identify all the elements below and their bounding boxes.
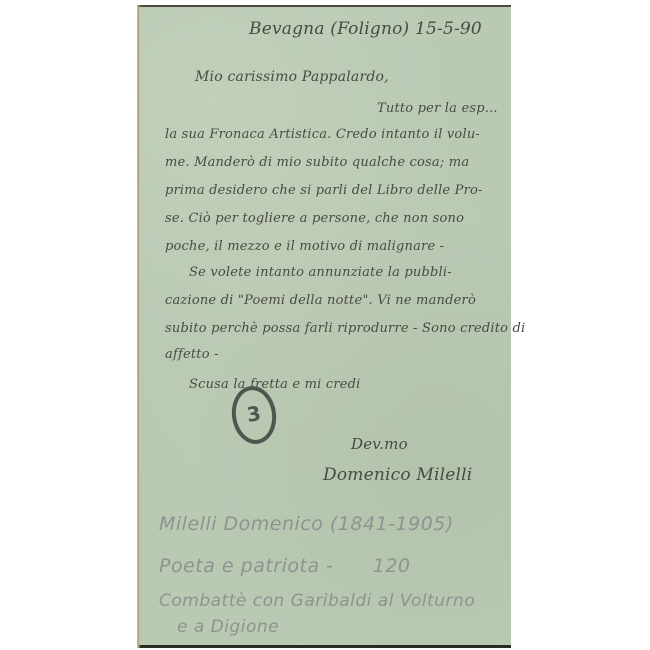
body-line-2: la sua Fronaca Artistica. Credo intanto … bbox=[165, 127, 480, 142]
body-line-2-text: la sua Fronaca Artistica. Credo intanto … bbox=[165, 127, 480, 142]
pencil-note-1: Milelli Domenico (1841-1905) bbox=[159, 513, 454, 535]
pencil-note-3: Combattè con Garibaldi al Volturno bbox=[159, 591, 475, 611]
body-line-6: poche, il mezzo e il motivo di malignare… bbox=[165, 239, 444, 254]
stamp-number: 3 bbox=[234, 400, 273, 429]
pencil-note-2: Poeta e patriota - 120 bbox=[159, 555, 411, 577]
valediction: Dev.mo bbox=[351, 435, 408, 453]
pencil-note-4: e a Digione bbox=[177, 617, 279, 637]
signature: Domenico Milelli bbox=[323, 465, 472, 485]
postcard: Bevagna (Foligno) 15-5-90 Mio carissimo … bbox=[137, 5, 511, 648]
body-line-11: Scusa la fretta e mi credi bbox=[189, 377, 361, 392]
body-line-4: prima desidero che si parli del Libro de… bbox=[165, 183, 483, 198]
salutation: Mio carissimo Pappalardo, bbox=[195, 69, 389, 85]
body-line-9: subito perchè possa farli riprodurre - S… bbox=[165, 321, 525, 336]
body-line-5: se. Ciò per togliere a persone, che non … bbox=[165, 211, 464, 226]
body-line-8: cazione di "Poemi della notte". Vi ne ma… bbox=[165, 293, 476, 308]
body-line-3: me. Manderò di mio subito qualche cosa; … bbox=[165, 155, 469, 170]
body-line-10: affetto - bbox=[165, 347, 219, 362]
place-date: Bevagna (Foligno) 15-5-90 bbox=[249, 19, 482, 39]
body-line-7: Se volete intanto annunziate la pubbli- bbox=[189, 265, 452, 280]
body-line-1: Tutto per la esp... bbox=[377, 101, 498, 116]
